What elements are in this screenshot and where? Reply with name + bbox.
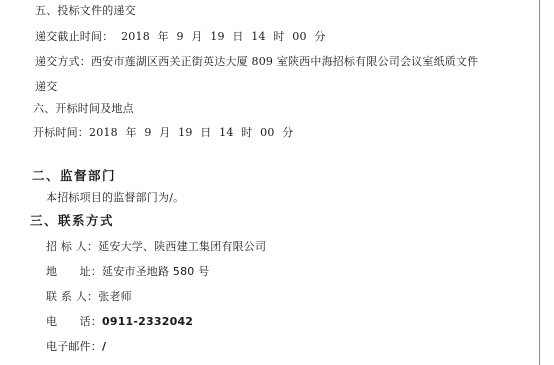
page-edge-divider xyxy=(539,0,540,365)
submission-deadline-value: 2018 年 9 月 19 日 14 时 00 分 xyxy=(121,30,325,43)
submission-method-continuation-text: 递交 xyxy=(35,80,57,93)
bid-opening-time-label: 开标时间： xyxy=(33,126,89,139)
bid-opening-time-row: 开标时间：2018 年 9 月 19 日 14 时 00 分 xyxy=(33,126,293,140)
submission-method-continuation: 递交 xyxy=(35,80,57,94)
submission-deadline-row: 递交截止时间： 2018 年 9 月 19 日 14 时 00 分 xyxy=(35,30,326,44)
contact-phone-row: 电 话：0911-2332042 xyxy=(46,315,193,329)
contact-person-row: 联 系 人：张老师 xyxy=(46,290,132,304)
bid-opening-time-value: 2018 年 9 月 19 日 14 时 00 分 xyxy=(89,126,293,139)
contact-value: 0911-2332042 xyxy=(102,315,193,328)
supervision-heading-text: 二、监督部门 xyxy=(32,168,116,183)
contact-heading-text: 三、联系方式 xyxy=(30,213,114,228)
contact-value: / xyxy=(102,340,106,353)
contact-email-row: 电子邮件：/ xyxy=(46,340,106,354)
section-6-heading: 六、开标时间及地点 xyxy=(33,102,134,116)
contact-value: 张老师 xyxy=(98,290,132,303)
section-5-heading-text: 五、投标文件的递交 xyxy=(35,4,136,17)
submission-method-row: 递交方式：西安市莲湖区西关正街英达大厦 809 室陕西中海招标有限公司会议室纸质… xyxy=(35,55,478,69)
submission-deadline-label: 递交截止时间： xyxy=(35,30,113,43)
contact-label: 电 话： xyxy=(46,315,102,328)
submission-method-value: 西安市莲湖区西关正街英达大厦 809 室陕西中海招标有限公司会议室纸质文件 xyxy=(91,55,478,68)
contact-label: 地 址： xyxy=(46,265,102,278)
contact-label: 联 系 人： xyxy=(46,290,98,303)
contact-tenderer-row: 招 标 人：延安大学、陕西建工集团有限公司 xyxy=(46,240,266,254)
supervision-text-value: 本招标项目的监督部门为/。 xyxy=(46,191,184,204)
supervision-heading: 二、监督部门 xyxy=(32,169,116,183)
supervision-text: 本招标项目的监督部门为/。 xyxy=(46,191,184,205)
contact-address-row: 地 址：延安市圣地路 580 号 xyxy=(46,265,209,279)
contact-label: 电子邮件： xyxy=(46,340,102,353)
contact-label: 招 标 人： xyxy=(46,240,98,253)
section-6-heading-text: 六、开标时间及地点 xyxy=(33,102,134,115)
section-5-heading: 五、投标文件的递交 xyxy=(35,4,136,18)
submission-method-label: 递交方式： xyxy=(35,55,91,68)
contact-heading: 三、联系方式 xyxy=(30,214,114,228)
contact-value: 延安大学、陕西建工集团有限公司 xyxy=(98,240,266,253)
contact-value: 延安市圣地路 580 号 xyxy=(102,265,209,278)
document-page: 五、投标文件的递交 递交截止时间： 2018 年 9 月 19 日 14 时 0… xyxy=(0,0,554,365)
